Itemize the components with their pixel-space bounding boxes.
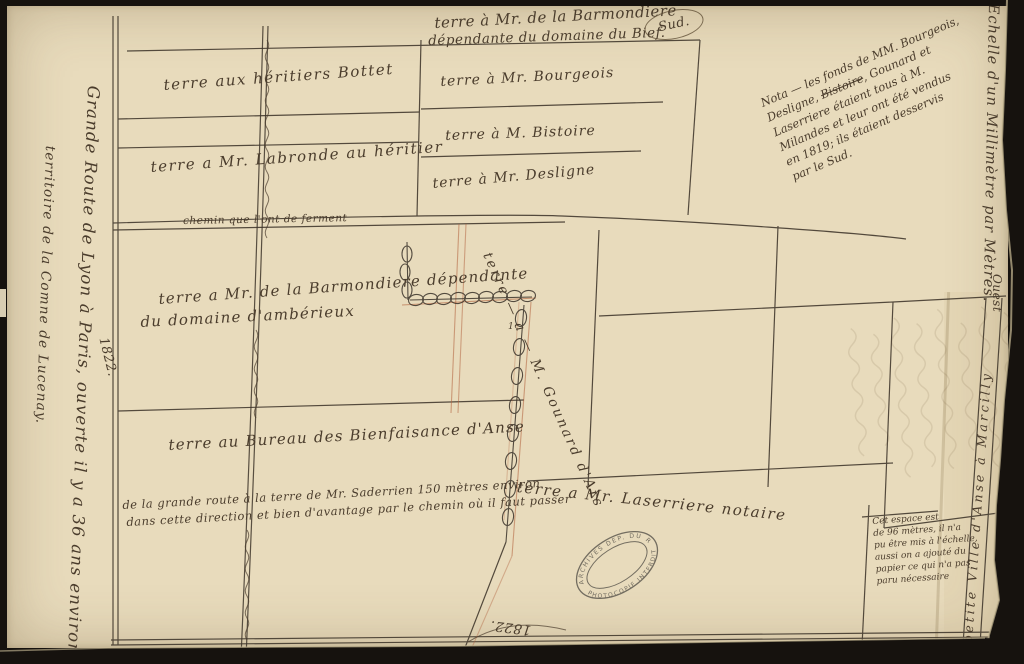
svg-text:PHOTOCOPIE INTERDITE: PHOTOCOPIE INTERDITE (551, 506, 669, 624)
ink-bleed-through (845, 302, 1024, 496)
scanned-manuscript-map: terre à Mr. de la Barmondiere dépendante… (0, 0, 1024, 664)
compass-ouest-label: Ouest (990, 274, 1004, 312)
stamp-text-bottom: PHOTOCOPIE INTERDITE (551, 506, 669, 624)
adjacent-page-sliver (0, 289, 6, 317)
parcel-number: 1 (508, 322, 514, 332)
grande-route-lines (241, 26, 268, 658)
compass-sud-label: Sud. (657, 14, 691, 35)
archive-stamp: ARCHIVES DEP. DU RHONE PHOTOCOPIE INTERD… (551, 506, 683, 624)
